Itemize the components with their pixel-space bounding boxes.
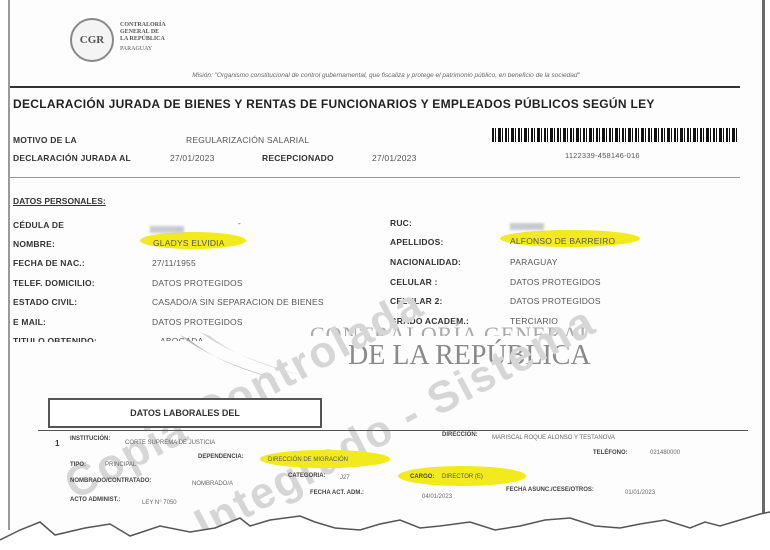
motivo-divider [10,177,740,178]
apellidos-label: APELLIDOS: [390,237,443,247]
recepcionado-date: 27/01/2023 [372,153,417,163]
motivo-label-2: DECLARACIÓN JURADA AL [13,153,131,163]
categoria-value: J27 [340,475,350,481]
nombrado-value: NOMBRADO/A [192,481,233,487]
fecha-nac-label: FECHA DE NAC.: [13,258,85,268]
telef-domicilio-label: TELEF. DOMICILIO: [13,278,95,288]
declaracion-date: 27/01/2023 [170,153,215,163]
ruc-label: RUC: [390,218,412,228]
org-country: PARAGUAY [120,46,166,53]
fecha-asunc-label: FECHA ASUNC./CESE/OTROS: [506,487,594,493]
barcode-icon [492,128,737,142]
telefono-label: TELÉFONO: [593,450,628,456]
torn-edge [0,500,770,550]
email-value: DATOS PROTEGIDOS [152,317,243,327]
barcode-number: 1122339-458146-016 [565,151,640,160]
fecha-act-label: FECHA ACT. ADM.: [310,490,364,496]
org-name: CONTRALORÍA GENERAL DE LA REPÚBLICA PARA… [120,22,166,53]
apellidos-value: ALFONSO DE BARREIRO [510,236,615,246]
direccion-label: DIRECCIÓN: [442,432,478,438]
telef-domicilio-value: DATOS PROTEGIDOS [152,278,243,288]
motivo-label-1: MOTIVO DE LA [13,135,77,145]
dependencia-value: DIRECCIÓN DE MIGRACIÓN [268,457,348,463]
institucion-label: INSTITUCIÓN: [70,436,110,442]
nombre-label: NOMBRE: [13,239,55,249]
telefono-value: 021480000 [650,450,680,456]
recepcionado-label: RECEPCIONADO [262,153,334,163]
cgr-seal-icon: CGR [70,18,114,62]
dependencia-label: DEPENDENCIA: [198,454,244,460]
cargo-label: CARGO: [410,474,434,480]
header-divider [10,86,740,88]
mission-statement: Misión: "Organismo constitucional de con… [10,72,762,79]
institucion-value: CORTE SUPREMA DE JUSTICIA [125,440,215,446]
cedula-label: CÉDULA DE [13,220,64,230]
org-line-3: LA REPÚBLICA [120,36,166,43]
cedula-value-redacted [150,220,184,238]
org-line-1: CONTRALORÍA [120,22,166,29]
fecha-asunc-value: 01/01/2023 [625,490,655,496]
nacionalidad-label: NACIONALIDAD: [390,257,461,267]
tipo-label: TIPO: [70,462,86,468]
document-title: DECLARACIÓN JURADA DE BIENES Y RENTAS DE… [13,97,655,111]
nombrado-label: NOMBRADO/CONTRATADO: [70,478,151,484]
titulo-label: TITULO OBTENIDO: [13,336,97,342]
nombre-value: GLADYS ELVIDIA [153,238,225,248]
celular2-value: DATOS PROTEGIDOS [510,296,601,306]
row-number: 1 [55,439,60,448]
categoria-label: CATEGORIA: [288,473,326,479]
datos-laborales-title: DATOS LABORALES DEL [48,398,322,428]
document-page: CGR CONTRALORÍA GENERAL DE LA REPÚBLICA … [8,0,765,530]
direccion-value: MARISCAL ROQUE ALONSO Y TESTANOVA [492,435,615,441]
logo-initials: CGR [80,34,104,46]
email-label: E MAIL: [13,317,46,327]
cargo-value: DIRECTOR (E) [442,474,483,480]
celular-value: DATOS PROTEGIDOS [510,277,601,287]
tipo-value: PRINCIPAL [105,462,136,468]
estado-civil-value: CASADO/A SIN SEPARACION DE BIENES [152,297,324,307]
laborales-divider [38,430,748,431]
nacionalidad-value: PARAGUAY [510,257,558,267]
org-line-2: GENERAL DE [120,29,166,36]
ruc-value-redacted [510,217,544,235]
estado-civil-label: ESTADO CIVIL: [13,297,77,307]
motivo-value: REGULARIZACIÓN SALARIAL [186,135,309,145]
fecha-nac-value: 27/11/1955 [152,258,196,268]
cedula-dash: - [238,218,241,228]
datos-personales-title: DATOS PERSONALES: [13,196,106,206]
